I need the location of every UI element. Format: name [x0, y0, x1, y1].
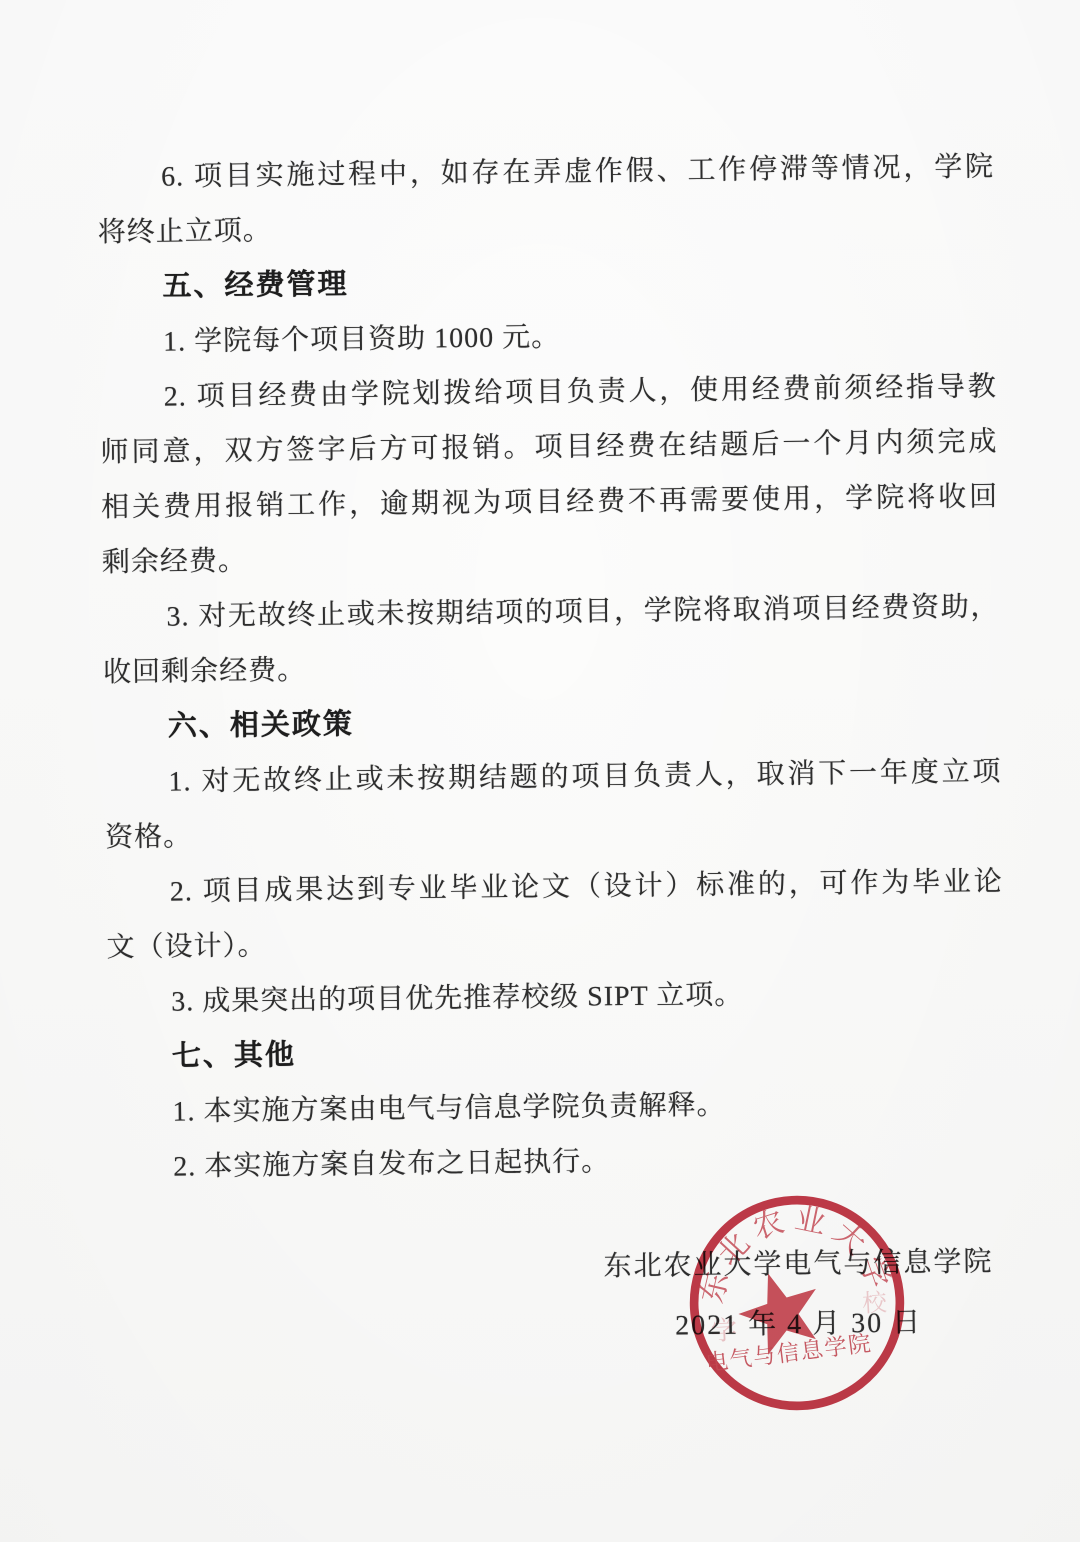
official-seal: 东北农业大学 电气与信息学院 学 校	[687, 1192, 907, 1414]
body-line: 3. 对无故终止或未按期结项的项目，学院将取消项目经费资助，	[102, 579, 1000, 645]
document-content: 6. 项目实施过程中，如存在弄虚作假、工作停滞等情况，学院 将终止立项。 五、经…	[0, 0, 1080, 1542]
scanned-document-page: 6. 项目实施过程中，如存在弄虚作假、工作停滞等情况，学院 将终止立项。 五、经…	[0, 0, 1080, 1542]
body-line: 2. 本实施方案自发布之日起执行。	[109, 1129, 1007, 1195]
body-line: 6. 项目实施过程中，如存在弄虚作假、工作停滞等情况，学院	[97, 139, 995, 205]
body-line: 1. 对无故终止或未按期结题的项目负责人，取消下一年度立项	[104, 744, 1002, 810]
body-line: 相关费用报销工作，逾期视为项目经费不再需要使用，学院将收回	[101, 469, 999, 535]
body-line: 2. 项目成果达到专业毕业论文（设计）标准的，可作为毕业论	[106, 854, 1004, 920]
seal-faded-char: 校	[862, 1289, 888, 1318]
document-body: 6. 项目实施过程中，如存在弄虚作假、工作停滞等情况，学院 将终止立项。 五、经…	[97, 139, 1009, 1360]
seal-faded-char: 学	[710, 1315, 738, 1346]
